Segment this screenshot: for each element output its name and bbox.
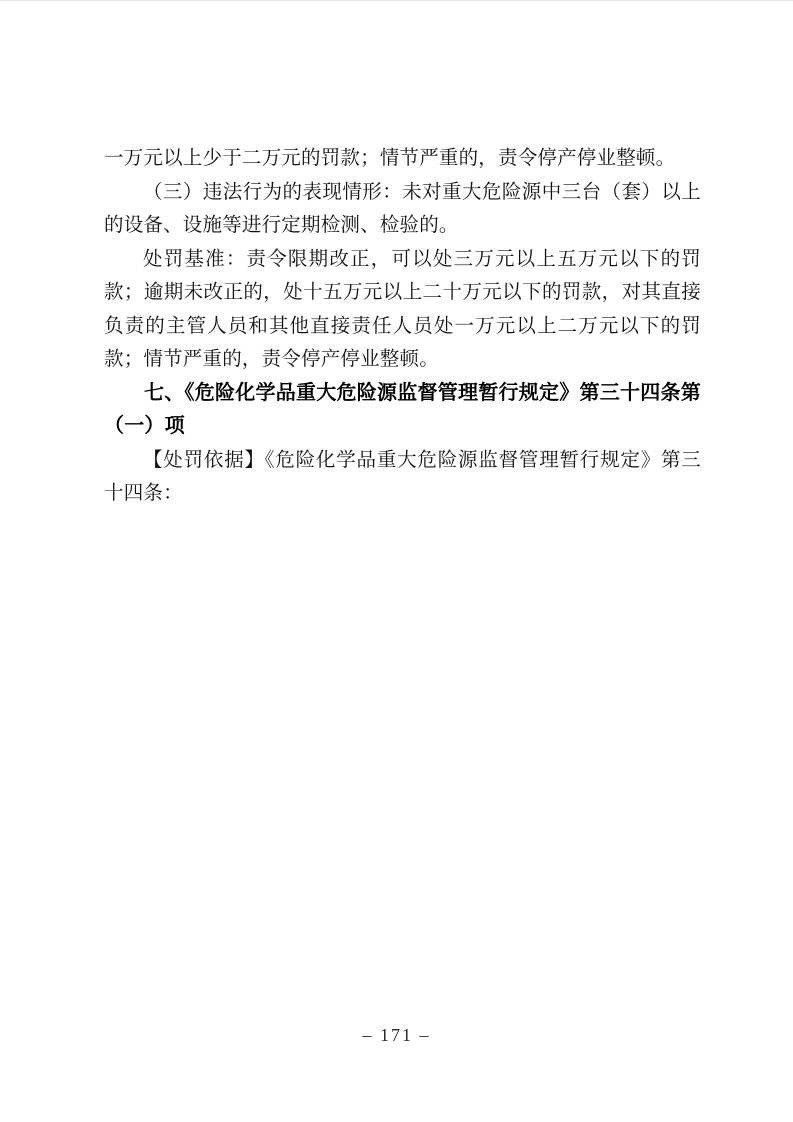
- page-footer: – 171 –: [0, 1025, 793, 1046]
- paragraph-fine-range-continuation: 一万元以上少于二万元的罚款；情节严重的，责令停产停业整顿。: [104, 142, 701, 176]
- section-heading: 七、《危险化学品重大危险源监督管理暂行规定》第三十四条第（一）项: [104, 377, 701, 444]
- page-number: – 171 –: [363, 1025, 431, 1045]
- paragraph-violation-item-3: （三）违法行为的表现情形：未对重大危险源中三台（套）以上的设备、设施等进行定期检…: [104, 176, 701, 243]
- paragraph-penalty-standard: 处罚基准：责令限期改正，可以处三万元以上五万元以下的罚款；逾期未改正的，处十五万…: [104, 243, 701, 377]
- document-body: 一万元以上少于二万元的罚款；情节严重的，责令停产停业整顿。 （三）违法行为的表现…: [104, 142, 701, 511]
- paragraph-penalty-basis: 【处罚依据】《危险化学品重大危险源监督管理暂行规定》第三十四条：: [104, 444, 701, 511]
- document-page: 一万元以上少于二万元的罚款；情节严重的，责令停产停业整顿。 （三）违法行为的表现…: [0, 0, 793, 1122]
